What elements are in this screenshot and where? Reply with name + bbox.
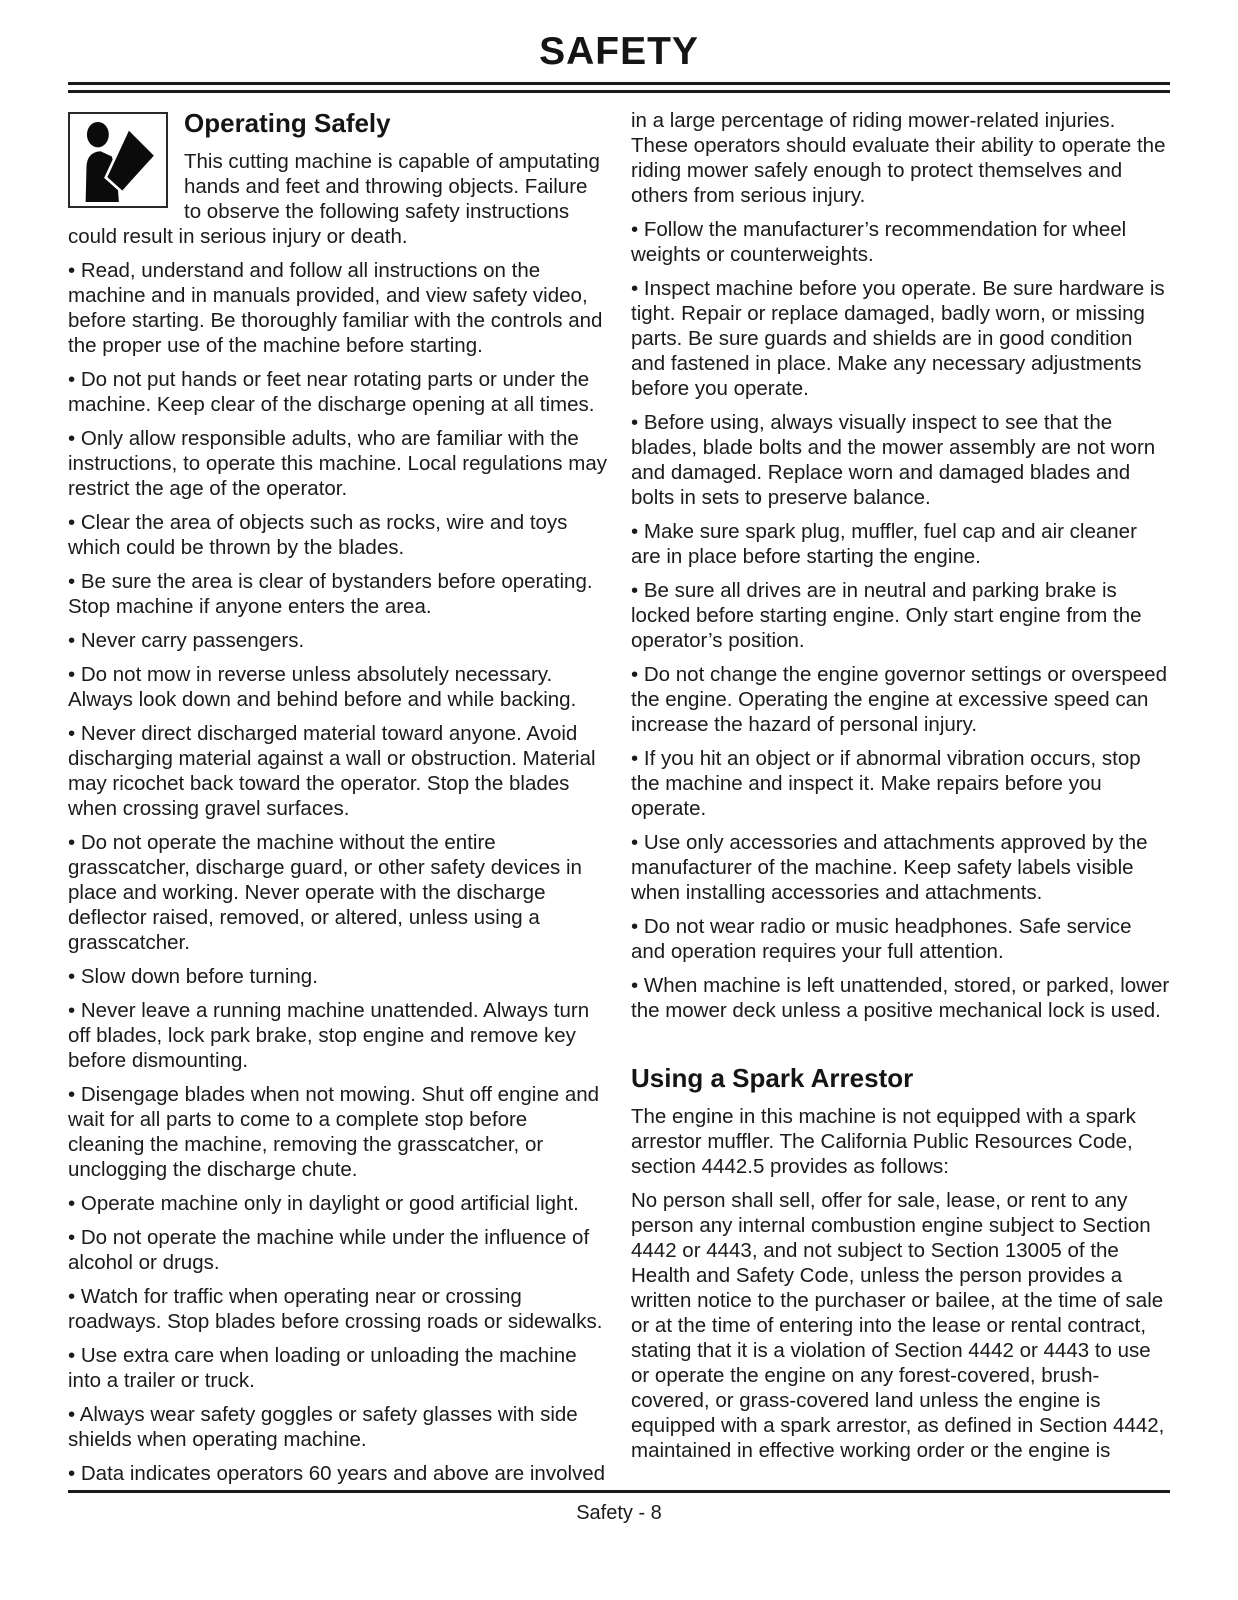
safety-bullet: Follow the manufacturer’s recommendation… (631, 217, 1170, 267)
safety-bullet: Slow down before turning. (68, 964, 607, 989)
two-column-body: Operating Safely This cutting machine is… (68, 108, 1170, 1495)
safety-bullet: Disengage blades when not mowing. Shut o… (68, 1082, 607, 1182)
safety-bullet: Data indicates operators 60 years and ab… (68, 1461, 607, 1486)
safety-bullet: Inspect machine before you operate. Be s… (631, 276, 1170, 401)
safety-bullet: Do not wear radio or music headphones. S… (631, 914, 1170, 964)
safety-bullet: When machine is left unattended, stored,… (631, 973, 1170, 1023)
safety-bullet: Before using, always visually inspect to… (631, 410, 1170, 510)
safety-bullet: Make sure spark plug, muffler, fuel cap … (631, 519, 1170, 569)
safety-bullet: Do not operate the machine without the e… (68, 830, 607, 955)
safety-bullet: Always wear safety goggles or safety gla… (68, 1402, 607, 1452)
safety-bullet: Do not put hands or feet near rotating p… (68, 367, 607, 417)
left-column: Operating Safely This cutting machine is… (68, 108, 607, 1495)
safety-bullet: Read, understand and follow all instruct… (68, 258, 607, 358)
safety-bullet: Do not mow in reverse unless absolutely … (68, 662, 607, 712)
right-column: in a large percentage of riding mower-re… (631, 108, 1170, 1495)
safety-bullet: Never direct discharged material toward … (68, 721, 607, 821)
safety-bullet: If you hit an object or if abnormal vibr… (631, 746, 1170, 821)
page-title: SAFETY (68, 30, 1170, 74)
safety-bullet: Use extra care when loading or unloading… (68, 1343, 607, 1393)
safety-bullet: Be sure all drives are in neutral and pa… (631, 578, 1170, 653)
safety-bullet: Operate machine only in daylight or good… (68, 1191, 607, 1216)
footer-rule (68, 1490, 1170, 1493)
safety-bullet-list-left: Read, understand and follow all instruct… (68, 258, 607, 1486)
safety-bullet-list-right: Follow the manufacturer’s recommendation… (631, 217, 1170, 1023)
page-number: Safety - 8 (0, 1502, 1238, 1525)
safety-bullet: Clear the area of objects such as rocks,… (68, 510, 607, 560)
safety-bullet: Use only accessories and attachments app… (631, 830, 1170, 905)
safety-bullet: Do not operate the machine while under t… (68, 1225, 607, 1275)
safety-bullet: Watch for traffic when operating near or… (68, 1284, 607, 1334)
spark-paragraph-1: The engine in this machine is not equipp… (631, 1104, 1170, 1179)
section-heading-spark-arrestor: Using a Spark Arrestor (631, 1063, 1170, 1094)
safety-bullet: Only allow responsible adults, who are f… (68, 426, 607, 501)
safety-bullet: Never carry passengers. (68, 628, 607, 653)
person-reading-manual-icon (68, 112, 168, 208)
continuation-paragraph: in a large percentage of riding mower-re… (631, 108, 1170, 208)
safety-bullet: Be sure the area is clear of bystanders … (68, 569, 607, 619)
header-double-rule (68, 82, 1170, 93)
safety-bullet: Never leave a running machine unattended… (68, 998, 607, 1073)
spark-paragraph-2: No person shall sell, offer for sale, le… (631, 1188, 1170, 1463)
safety-bullet: Do not change the engine governor settin… (631, 662, 1170, 737)
manual-page: SAFETY Operating Safely This cutting mac… (0, 0, 1238, 1600)
